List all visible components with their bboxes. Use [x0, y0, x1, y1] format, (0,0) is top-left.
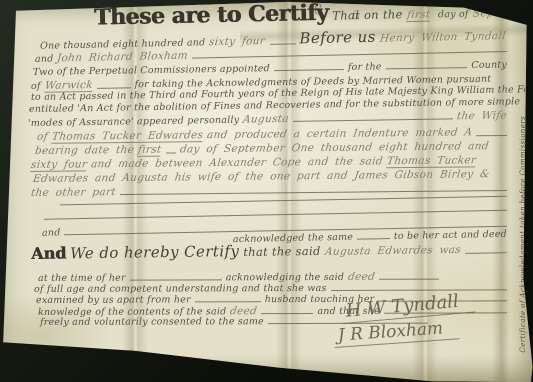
- text-segment: and made between Alexander Cope and the …: [90, 155, 383, 170]
- text-segment: And: [31, 243, 66, 262]
- ruled-blank: [261, 312, 313, 314]
- ruled-blank: [274, 68, 344, 71]
- text-segment: the Wife: [456, 109, 507, 122]
- text-segment: first: [406, 9, 431, 23]
- ruled-blank: [465, 251, 507, 254]
- parchment-document: 8 6 These are to CertifyThat on thefirst…: [0, 0, 533, 382]
- ruled-blank: [44, 209, 507, 220]
- ruled-blank: [331, 288, 507, 291]
- ruled-blank: [476, 134, 507, 136]
- text-segment: That on the: [332, 7, 403, 22]
- ruled-blank: [386, 66, 468, 69]
- text-segment: day of September One thousand eight hund…: [179, 140, 489, 155]
- docket-side-label: Certificate of Acknowledgment taken befo…: [519, 116, 527, 353]
- text-segment: that the said: [243, 244, 321, 259]
- text-segment: examined by us apart from her: [36, 294, 191, 306]
- ruled-blank: [97, 86, 131, 89]
- text-segment: for the: [348, 61, 382, 73]
- text-segment: bearing date the: [34, 144, 135, 157]
- ruled-blank: [293, 117, 453, 122]
- ruled-blank: [166, 151, 176, 153]
- text-segment: sixty four: [209, 35, 267, 48]
- text-segment: John Richard Bloxham: [57, 50, 189, 65]
- text-segment: the other part: [30, 186, 116, 199]
- text-segment: freely and voluntarily consented to the …: [40, 316, 264, 328]
- text-segment: These are to Certify: [94, 0, 329, 31]
- text-segment: Thomas Tucker: [386, 154, 477, 168]
- ruled-blank: [270, 42, 296, 45]
- text-segment: first: [137, 144, 162, 157]
- text-segment: 'modes of Assurance' appeared personally: [28, 115, 239, 129]
- text-segment: at the time of her: [38, 273, 126, 284]
- ruled-blank: [195, 300, 261, 302]
- text-segment: acknowledging the said: [226, 272, 344, 283]
- text-segment: September: [472, 6, 533, 19]
- text-segment: and produced a certain Indenture marked …: [206, 126, 473, 141]
- text-segment: Augusta: [242, 113, 289, 126]
- ruled-blank: [120, 189, 507, 195]
- text-segment: Before us: [299, 28, 376, 48]
- text-segment: day of: [438, 9, 469, 21]
- ruled-blank: [130, 278, 222, 280]
- text-segment: Two of the Perpetual Commissioners appoi…: [33, 63, 270, 78]
- ruled-blank: [379, 278, 439, 280]
- text-segment: Thomas Tucker Edwardes: [51, 129, 204, 144]
- text-segment: County: [471, 59, 507, 71]
- ruled-blank: [192, 50, 507, 59]
- photo-background: { "meta": { "side_label": "Certificate o…: [0, 0, 533, 382]
- text-segment: deed: [347, 271, 376, 283]
- text-segment: of: [31, 81, 41, 92]
- text-segment: We do hereby Certify: [70, 242, 239, 262]
- text-segment: sixty four: [30, 158, 88, 172]
- text-segment: of: [36, 131, 48, 143]
- text-segment: Augusta Edwardes was: [324, 244, 462, 258]
- text-segment: and: [35, 53, 54, 64]
